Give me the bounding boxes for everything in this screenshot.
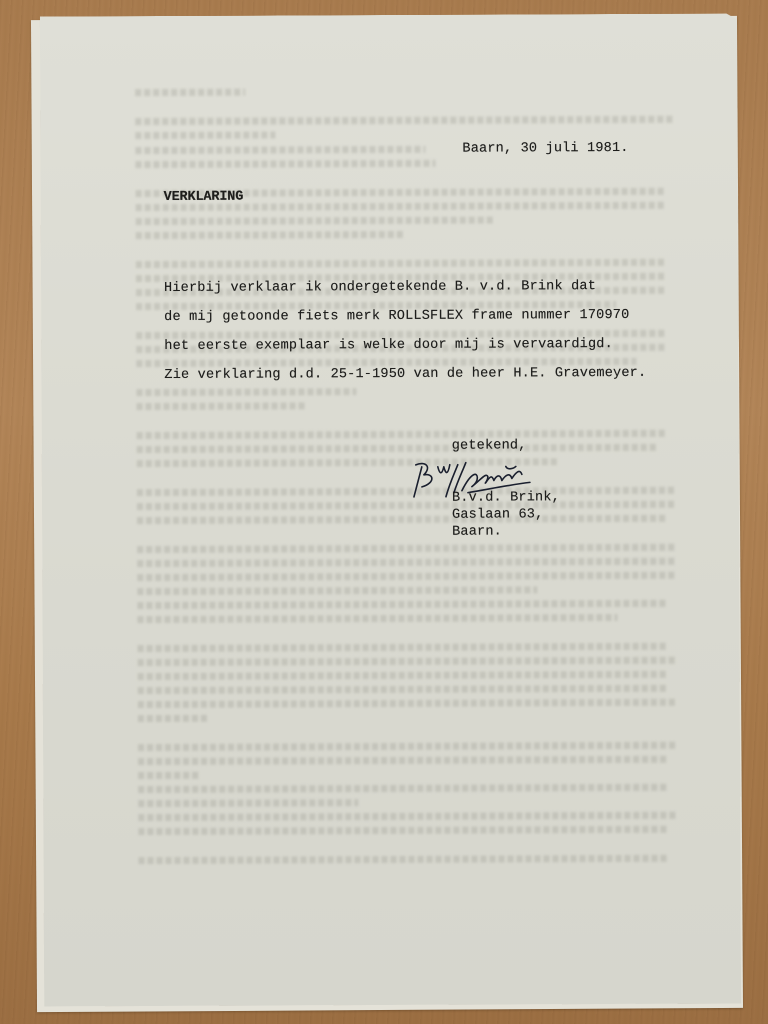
- signatory-address: Gaslaan 63,: [452, 508, 543, 522]
- body-line: de mij getoonde fiets merk ROLLSFLEX fra…: [164, 309, 629, 325]
- body-line: Zie verklaring d.d. 25-1-1950 van de hee…: [164, 367, 646, 383]
- signatory-city: Baarn.: [452, 526, 502, 540]
- document-heading: VERKLARING: [164, 191, 244, 205]
- place-and-date: Baarn, 30 juli 1981.: [462, 142, 628, 156]
- body-line: het eerste exemplaar is welke door mij i…: [164, 338, 613, 354]
- signed-label: getekend,: [452, 439, 527, 453]
- document-page: Baarn, 30 juli 1981. VERKLARING Hierbij …: [40, 13, 741, 1006]
- signatory-name: B.v.d. Brink,: [452, 491, 560, 505]
- body-line: Hierbij verklaar ik ondergetekende B. v.…: [164, 280, 596, 295]
